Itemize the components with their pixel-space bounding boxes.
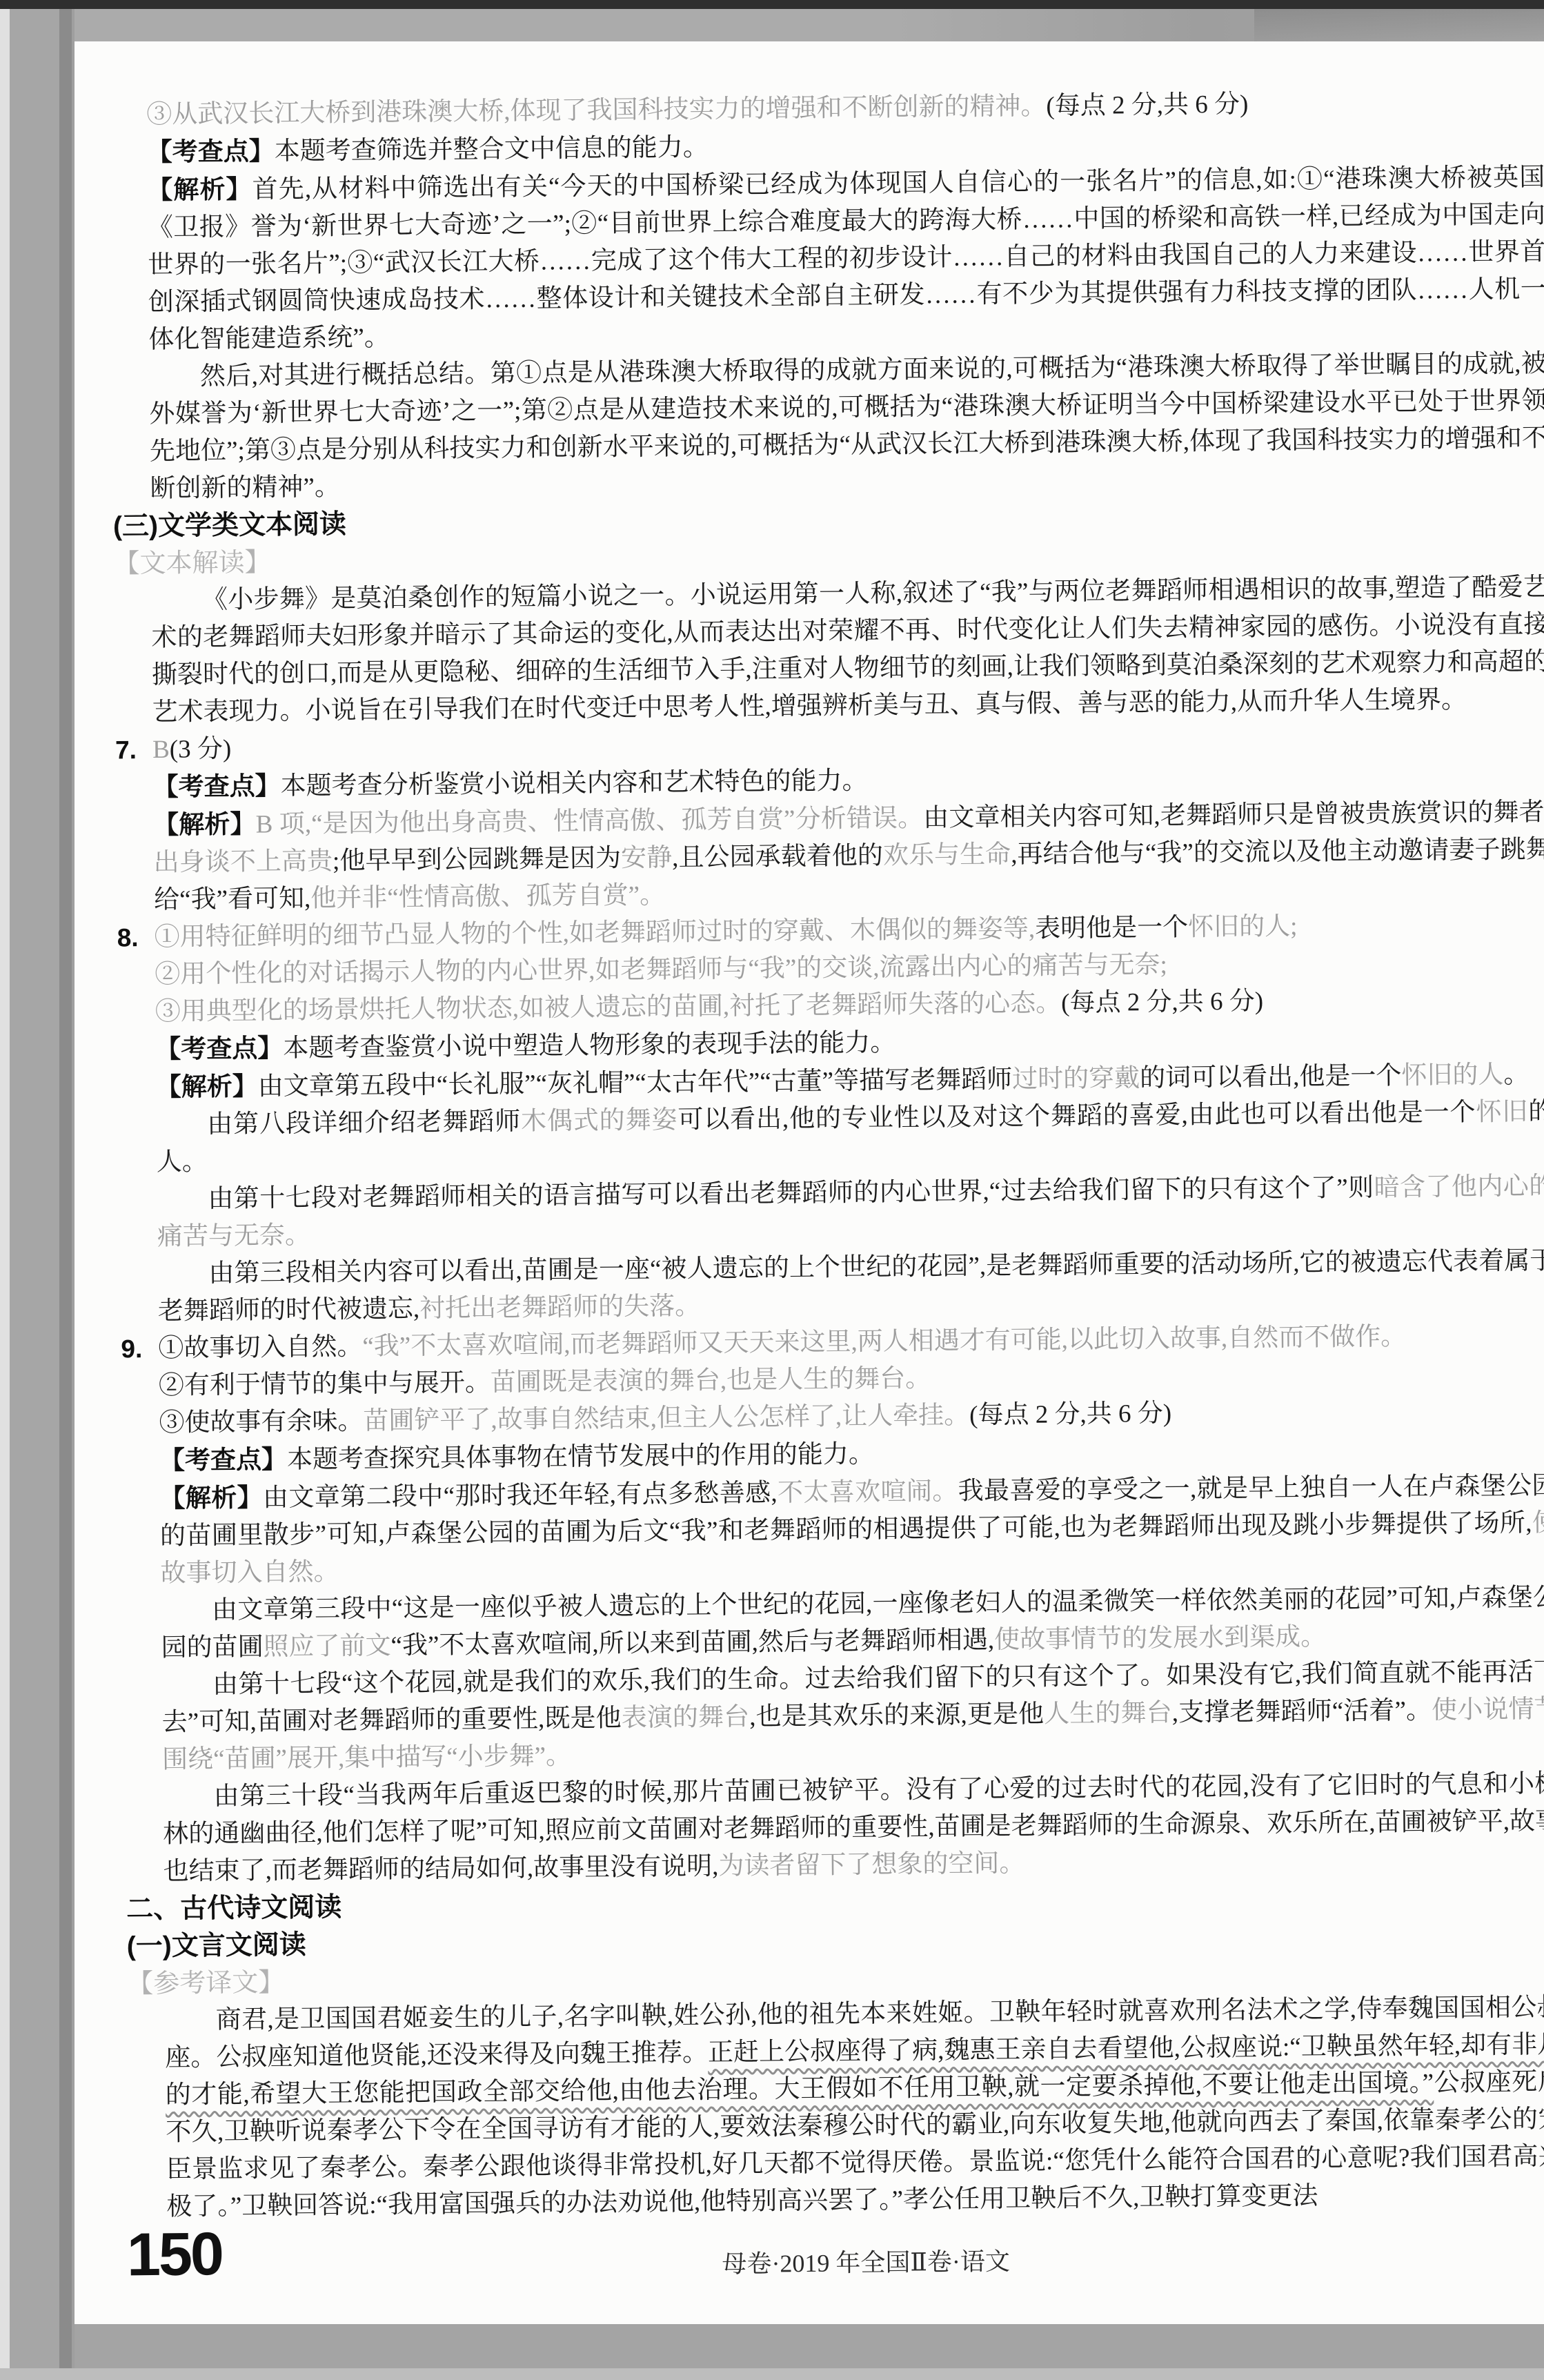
answer-key-text: 怀旧的人;	[1188, 912, 1298, 942]
answer-key-text: 使故事情节的发展水到渠成。	[994, 1623, 1326, 1655]
text-run: 表明他是一个	[1035, 914, 1188, 943]
answer-key-text: 怀旧的人	[1401, 1061, 1503, 1090]
question-number: 8.	[117, 919, 138, 956]
answer-key-text: “我”不太喜欢喧闹,而老舞蹈师又天天来这里,两人相遇才有可能,以此切入故事,自然…	[362, 1323, 1406, 1361]
text-run: 本题考查鉴赏小说中塑造人物形象的表现手法的能力。	[283, 1029, 895, 1063]
paragraph: 由第十七段对老舞蹈师相关的语言描写可以看出老舞蹈师的内心世界,“过去给我们留下的…	[157, 1168, 1544, 1255]
text-run: 由第十七段对老舞蹈师相关的语言描写可以看出老舞蹈师的内心世界,“过去给我们留下的…	[208, 1174, 1374, 1213]
answer-key-text: 苗圃既是表演的舞台,也是人生的舞台。	[491, 1364, 931, 1397]
paragraph: 【解析】B 项,“是因为他出身高贵、性情高傲、孤芳自赏”分析错误。由文章相关内容…	[153, 794, 1544, 919]
answer-key-text: 木偶式的舞姿	[521, 1106, 678, 1136]
text-run: 由第三段相关内容可以看出,苗圃是一座“被人遗忘的上个世纪的花园”,是老舞蹈师重要…	[158, 1246, 1544, 1325]
text-run: 由文章相关内容可知,老舞蹈师只是曾被贵族赏识的舞者,	[923, 798, 1544, 833]
text-run: ①故事切入自然。	[158, 1332, 362, 1363]
answer-key-text: ②用个性化的对话揭示人物的内心世界,如老舞蹈师与“我”的交谈,流露出内心的痛苦与…	[155, 951, 1167, 989]
paragraph: 商君,是卫国国君姬妾生的儿子,名字叫鞅,姓公孙,他的祖先本来姓姬。卫鞅年轻时就喜…	[165, 1989, 1544, 2225]
paragraph: 由第三十段“当我两年后重返巴黎的时候,那片苗圃已被铲平。没有了心爱的过去时代的花…	[162, 1765, 1544, 1890]
answer-key-text: 衬托出老舞蹈师的失落。	[419, 1292, 700, 1323]
answer-label: 【考查点】	[155, 1034, 283, 1063]
answer-key-text: ③从武汉长江大桥到港珠澳大桥,体现了我国科技实力的增强和不断创新的精神。	[146, 92, 1047, 129]
text-run: 然后,对其进行概括总结。第①点是从港珠澳大桥取得的成就方面来说的,可概括为“港珠…	[149, 350, 1544, 503]
text-run: 由第八段详细介绍老舞蹈师	[207, 1108, 521, 1139]
question-number: 9.	[121, 1330, 142, 1368]
answer-key-text: B	[152, 736, 170, 764]
paragraph: 【解析】由文章第二段中“那时我还年轻,有点多愁善感,不太喜欢喧闹。我最喜爱的享受…	[159, 1466, 1544, 1592]
paragraph: 由第十七段“这个花园,就是我们的欢乐,我们的生命。过去给我们留下的只有这个了。如…	[161, 1653, 1544, 1778]
text-run: ,也是其欢乐的来源,更是他	[749, 1700, 1044, 1731]
answer-key-text: 人生的舞台	[1044, 1699, 1172, 1729]
text-run: 本题考查分析鉴赏小说相关内容和艺术特色的能力。	[280, 767, 867, 800]
answer-key-text: 为读者留下了想象的空间。	[718, 1849, 1025, 1880]
paragraph: 由文章第三段中“这是一座似乎被人遗忘的上个世纪的花园,一座像老妇人的温柔微笑一样…	[161, 1579, 1544, 1666]
text-run: (每点 2 分,共 6 分)	[969, 1399, 1171, 1430]
text-run: 的词可以看出,他是一个	[1140, 1062, 1402, 1093]
text-run: (每点 2 分,共 6 分)	[1061, 987, 1263, 1018]
text-run: ,且公园承载着他的	[672, 842, 883, 872]
answer-key-text: 不太喜欢喧闹。	[778, 1477, 958, 1508]
answer-key-text: 欢乐与生命	[883, 840, 1011, 870]
text-run: ;他早早到公园跳舞是因为	[333, 844, 621, 875]
text-run: “我”不太喜欢喧闹,所以来到苗圃,然后与老舞蹈师相遇,	[390, 1626, 994, 1660]
text-run: 《小步舞》是莫泊桑创作的短篇小说之一。小说运用第一人称,叙述了“我”与两位老舞蹈…	[151, 573, 1544, 727]
answer-key-text: 过时的穿戴	[1012, 1064, 1140, 1094]
answer-key-text: 他并非“性情高傲、孤芳自赏”。	[310, 881, 665, 913]
answer-label: 【解析】	[153, 810, 256, 839]
paragraph: 【解析】首先,从材料中筛选出有关“今天的中国桥梁已经成为体现国人自信心的一张名片…	[147, 159, 1544, 359]
text-run: 本题考查探究具体事物在情节发展中的作用的能力。	[287, 1440, 874, 1474]
text-run: 由文章第五段中“长礼服”“灰礼帽”“太古年代”“古董”等描写老舞蹈师	[258, 1065, 1013, 1101]
footer-title: 母卷·2019 年全国Ⅱ卷·语文	[167, 2223, 1544, 2288]
answer-key-text: 表演的舞台	[622, 1703, 750, 1733]
paragraph: 然后,对其进行概括总结。第①点是从港珠澳大桥取得的成就方面来说的,可概括为“港珠…	[149, 346, 1544, 508]
answer-label: 【考查点】	[159, 1445, 287, 1475]
paragraph: 《小步舞》是莫泊桑创作的短篇小说之一。小说运用第一人称,叙述了“我”与两位老舞蹈…	[151, 569, 1544, 731]
answer-label: 【考查点】	[147, 137, 275, 166]
answer-body: ③从武汉长江大桥到港珠澳大桥,体现了我国科技实力的增强和不断创新的精神。(每点 …	[146, 83, 1544, 2313]
scan-bottom-band	[75, 2324, 1544, 2368]
answer-key-text: 安静	[621, 844, 673, 873]
text-run: 可以看出,他的专业性以及对这个舞蹈的喜爱,由此也可以看出他是一个	[677, 1099, 1476, 1134]
paragraph: 由第三段相关内容可以看出,苗圃是一座“被人遗忘的上个世纪的花园”,是老舞蹈师重要…	[157, 1242, 1544, 1330]
scan-left-edge	[0, 9, 75, 2380]
scan-bottom-light-strip	[0, 2368, 1544, 2380]
answer-key-text: 出身谈不上高贵	[153, 847, 333, 876]
answer-key-text: 怀旧	[1476, 1098, 1528, 1127]
answer-key-text: 苗圃铲平了,故事自然结束,但主人公怎样了,让人牵挂。	[363, 1402, 969, 1435]
answer-label: 【考查点】	[152, 771, 280, 801]
answer-label: 【解析】	[156, 1072, 258, 1101]
text-run: 首先,从材料中筛选出有关“今天的中国桥梁已经成为体现国人自信心的一张名片”的信息…	[148, 164, 1544, 354]
answer-key-text: B 项,“是因为他出身高贵、性情高傲、孤芳自赏”分析错误。	[255, 804, 923, 838]
question-number: 7.	[115, 731, 137, 769]
paragraph: 由第八段详细介绍老舞蹈师木偶式的舞姿可以看出,他的专业性以及对这个舞蹈的喜爱,由…	[156, 1093, 1544, 1181]
text-run: ,支撑老舞蹈师“活着”。	[1172, 1696, 1432, 1727]
answer-label: 【解析】	[159, 1483, 263, 1512]
answer-key-text: 照应了前文	[263, 1632, 390, 1662]
page-footer: 150母卷·2019 年全国Ⅱ卷·语文	[167, 2223, 1544, 2312]
text-run: (每点 2 分,共 6 分)	[1046, 90, 1248, 121]
scan-top-edge	[0, 0, 1544, 9]
text-run: (3 分)	[170, 735, 232, 764]
answer-key-text: ①用特征鲜明的细节凸显人物的个性,如老舞蹈师过时的穿戴、木偶似的舞姿等,	[154, 915, 1035, 952]
answer-label: 【解析】	[147, 175, 253, 204]
text-run: 。	[1503, 1061, 1529, 1089]
page-number: 150	[127, 2235, 222, 2273]
answer-key-text: ③用典型化的场景烘托人物状态,如被人遗忘的苗圃,衬托了老舞蹈师失落的心态。	[155, 989, 1062, 1026]
text-run: ②有利于情节的集中与展开。	[159, 1368, 491, 1400]
text-run: 本题考查筛选并整合文中信息的能力。	[275, 133, 709, 166]
text-run: ③使故事有余味。	[159, 1407, 363, 1437]
text-run: 由文章第二段中“那时我还年轻,有点多愁善感,	[263, 1479, 778, 1512]
